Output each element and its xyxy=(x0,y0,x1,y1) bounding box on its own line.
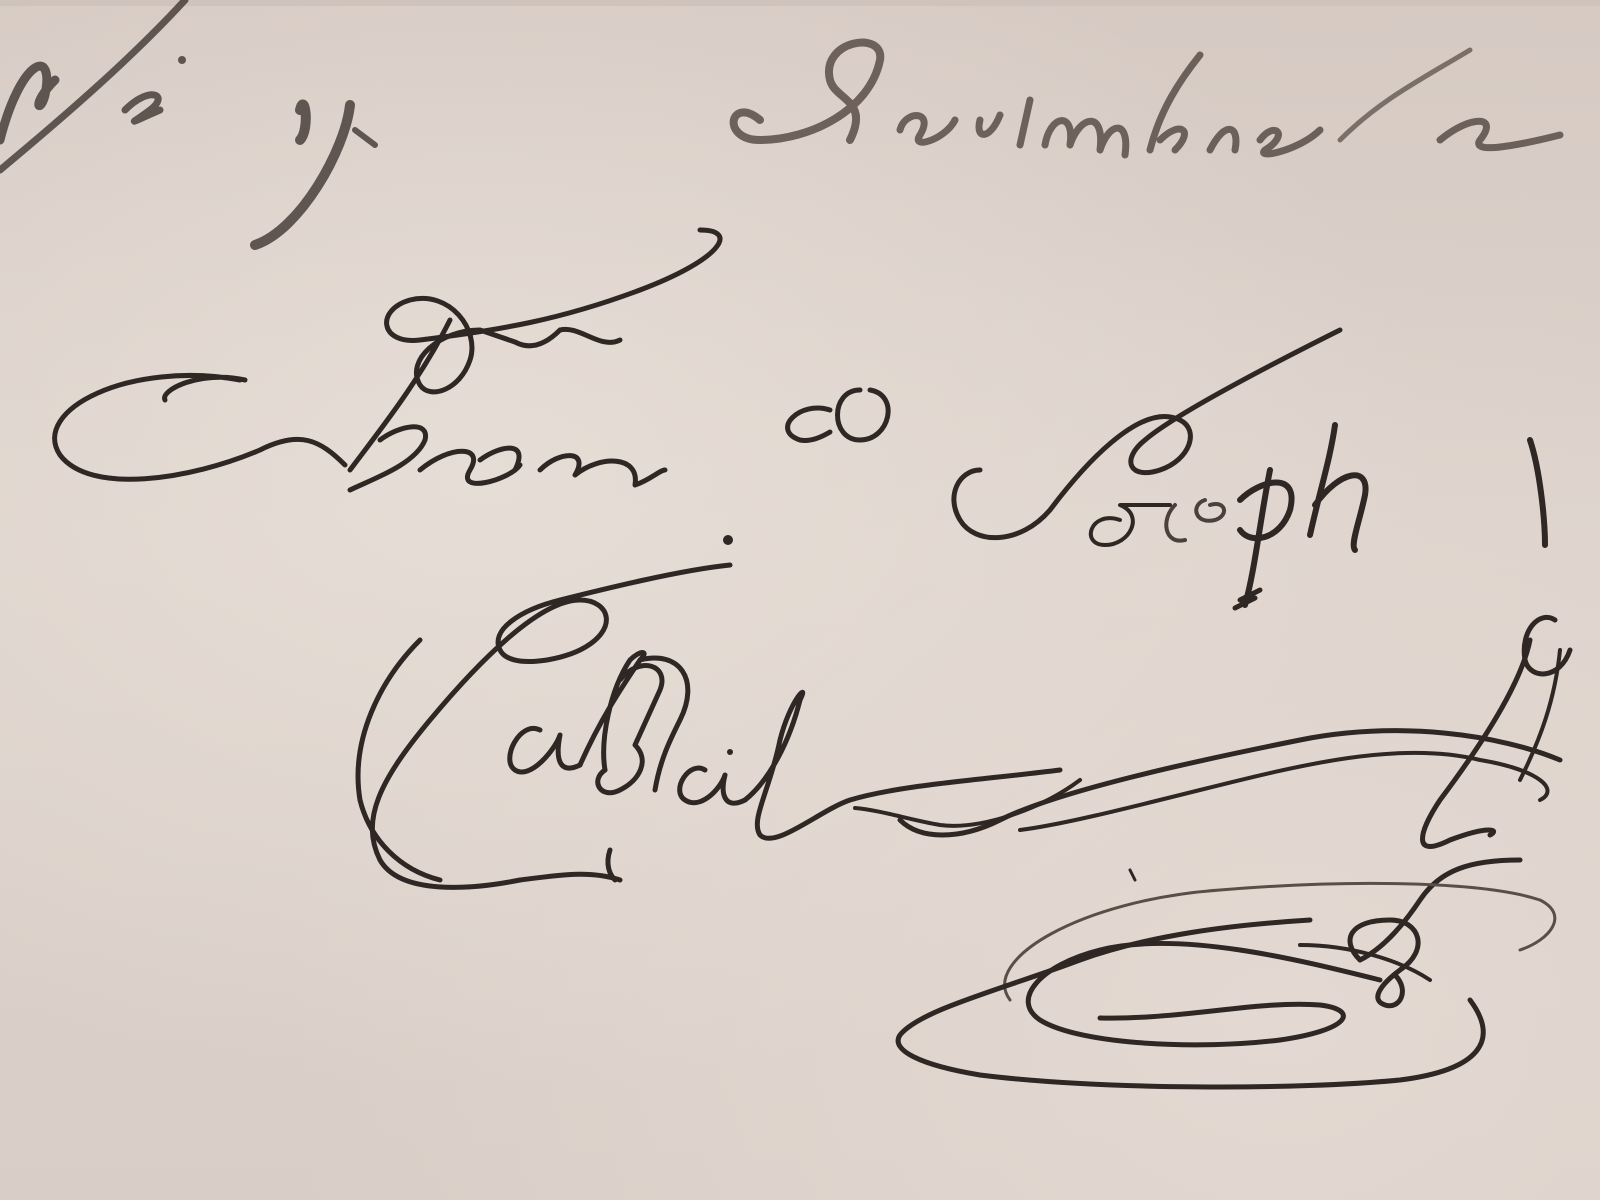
line-3-handwriting xyxy=(358,565,1570,887)
line-1-handwriting xyxy=(0,0,1560,245)
line-2-handwriting xyxy=(55,230,1545,608)
signature-rubric xyxy=(898,860,1555,1087)
manuscript-page: ...afé y Setiembre Fran.co Joseph Caldas… xyxy=(0,0,1600,1200)
handwriting-ink xyxy=(0,0,1600,1200)
